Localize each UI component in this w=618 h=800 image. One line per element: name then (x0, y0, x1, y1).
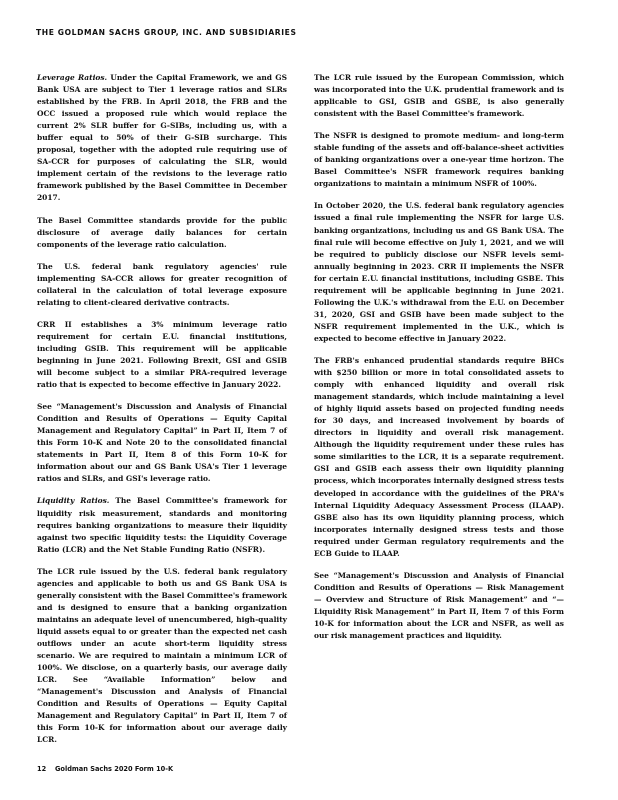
paragraph-lead: Leverage Ratios. (37, 73, 107, 82)
page-footer: 12Goldman Sachs 2020 Form 10-K (37, 765, 173, 773)
paragraph-text: The LCR rule issued by the U.S. federal … (37, 567, 287, 745)
paragraph-text: The FRB's enhanced prudential standards … (314, 356, 564, 558)
paragraph: The U.S. federal bank regulatory agencie… (37, 261, 287, 309)
paragraph-text: The Basel Committee standards provide fo… (37, 216, 287, 249)
running-header: The Goldman Sachs Group, Inc. and Subsid… (36, 28, 297, 37)
paragraph-text: Under the Capital Framework, we and GS B… (37, 73, 287, 202)
paragraph: The NSFR is designed to promote medium- … (314, 130, 564, 190)
paragraph: See “Management's Discussion and Analysi… (314, 570, 564, 642)
right-column: The LCR rule issued by the European Comm… (314, 72, 564, 652)
paragraph: In October 2020, the U.S. federal bank r… (314, 200, 564, 345)
paragraph-lead: Liquidity Ratios. (37, 496, 109, 505)
paragraph-text: The U.S. federal bank regulatory agencie… (37, 262, 287, 307)
paragraph: The FRB's enhanced prudential standards … (314, 355, 564, 560)
paragraph: CRR II establishes a 3% minimum leverage… (37, 319, 287, 391)
publication-title: Goldman Sachs 2020 Form 10-K (55, 765, 173, 773)
paragraph-text: The NSFR is designed to promote medium- … (314, 131, 564, 188)
paragraph: The LCR rule issued by the U.S. federal … (37, 566, 287, 747)
paragraph: The LCR rule issued by the European Comm… (314, 72, 564, 120)
left-column: Leverage Ratios. Under the Capital Frame… (37, 72, 287, 756)
paragraph-text: The LCR rule issued by the European Comm… (314, 73, 564, 118)
paragraph: The Basel Committee standards provide fo… (37, 215, 287, 251)
paragraph-text: CRR II establishes a 3% minimum leverage… (37, 320, 287, 389)
paragraph: See “Management's Discussion and Analysi… (37, 401, 287, 485)
paragraph-leverage-ratios: Leverage Ratios. Under the Capital Frame… (37, 72, 287, 205)
paragraph-text: See “Management's Discussion and Analysi… (314, 571, 564, 640)
paragraph-text: See “Management's Discussion and Analysi… (37, 402, 287, 483)
paragraph-liquidity-ratios: Liquidity Ratios. The Basel Committee's … (37, 495, 287, 555)
paragraph-text: In October 2020, the U.S. federal bank r… (314, 201, 564, 343)
page-number: 12 (37, 765, 55, 773)
